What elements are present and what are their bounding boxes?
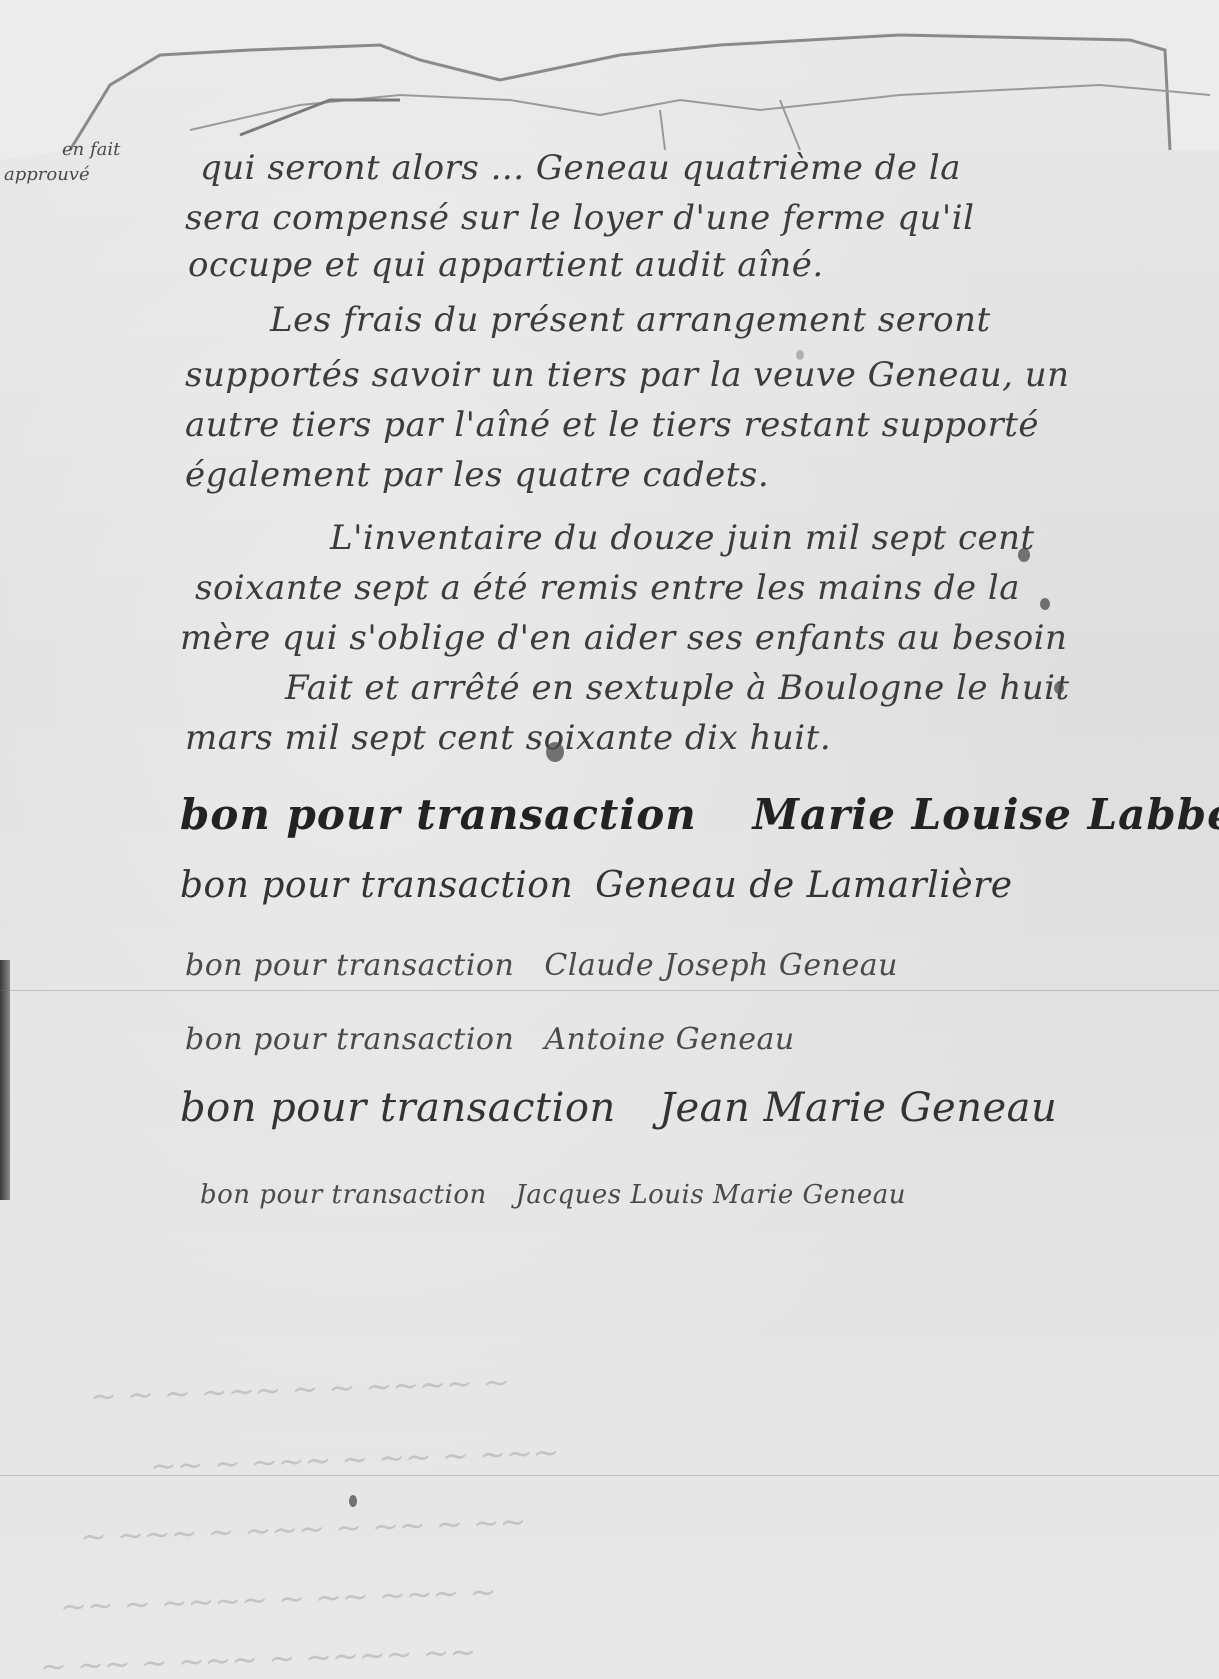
- torn-top-edge: [0, 0, 1219, 170]
- ink-blot: [546, 742, 564, 762]
- scan-edge-shadow: [0, 960, 10, 1200]
- margin-note-line-2: approuvé: [4, 165, 90, 185]
- ink-blot: [349, 1495, 357, 1507]
- text-line: également par les quatre cadets.: [185, 455, 769, 495]
- signatory-name: Geneau de Lamarlière: [595, 865, 1012, 906]
- text-line: supportés savoir un tiers par la veuve G…: [185, 355, 1070, 395]
- signature-line-6: bon pour transaction Jacques Louis Marie…: [200, 1180, 906, 1210]
- signatory-name: Jacques Louis Marie Geneau: [516, 1180, 907, 1210]
- signature-line-2: bon pour transaction Geneau de Lamarlièr…: [180, 865, 1013, 906]
- signature-line-1: bon pour transaction Marie Louise Labbé: [180, 790, 1219, 839]
- ink-blot: [1040, 598, 1050, 610]
- text-line: sera compensé sur le loyer d'une ferme q…: [185, 198, 974, 238]
- signature-line-5: bon pour transaction Jean Marie Geneau: [180, 1085, 1057, 1131]
- approval-text: bon pour transaction: [185, 948, 514, 983]
- approval-text: bon pour transaction: [200, 1180, 487, 1210]
- text-line: mars mil sept cent soixante dix huit.: [185, 718, 831, 758]
- ink-blot: [1018, 548, 1030, 562]
- signatory-name: Jean Marie Geneau: [659, 1085, 1057, 1131]
- manuscript-page: en fait approuvé qui seront alors ... Ge…: [0, 0, 1219, 1679]
- approval-text: bon pour transaction: [185, 1022, 514, 1057]
- bleed-through-text: ~~ ~ ~~~ ~ ~~ ~ ~~~: [149, 1433, 560, 1485]
- bleed-through-text: ~ ~~~ ~ ~~~ ~ ~~ ~ ~~: [79, 1502, 527, 1556]
- text-line: Fait et arrêté en sextuple à Boulogne le…: [285, 668, 1070, 708]
- paper-crease: [0, 990, 1219, 991]
- bleed-through-text: ~ ~~ ~ ~~~ ~ ~~~~ ~~: [39, 1632, 476, 1679]
- text-line: Les frais du présent arrangement seront: [270, 300, 991, 340]
- text-line: soixante sept a été remis entre les main…: [195, 568, 1020, 608]
- approval-text: bon pour transaction: [180, 1085, 616, 1131]
- signature-line-4: bon pour transaction Antoine Geneau: [185, 1022, 795, 1057]
- text-line: mère qui s'oblige d'en aider ses enfants…: [180, 618, 1067, 658]
- ink-blot: [796, 350, 804, 360]
- text-line: qui seront alors ... Geneau quatrième de…: [200, 148, 961, 188]
- approval-text: bon pour transaction: [180, 865, 573, 906]
- signatory-name: Antoine Geneau: [544, 1022, 794, 1057]
- text-line: occupe et qui appartient audit aîné.: [188, 245, 824, 285]
- approval-text: bon pour transaction: [180, 790, 697, 839]
- signature-line-3: bon pour transaction Claude Joseph Genea…: [185, 948, 898, 983]
- signatory-name: Claude Joseph Geneau: [544, 948, 898, 983]
- margin-note-line-1: en fait: [62, 140, 120, 160]
- bleed-through-text: ~ ~ ~ ~~~ ~ ~ ~~~~ ~: [89, 1363, 510, 1416]
- text-line: autre tiers par l'aîné et le tiers resta…: [185, 405, 1039, 445]
- text-line: L'inventaire du douze juin mil sept cent: [330, 518, 1035, 558]
- signatory-name: Marie Louise Labbé: [752, 790, 1219, 839]
- ink-blot: [1054, 682, 1064, 694]
- bleed-through-text: ~~ ~ ~~~~ ~ ~~ ~~~ ~: [59, 1572, 496, 1625]
